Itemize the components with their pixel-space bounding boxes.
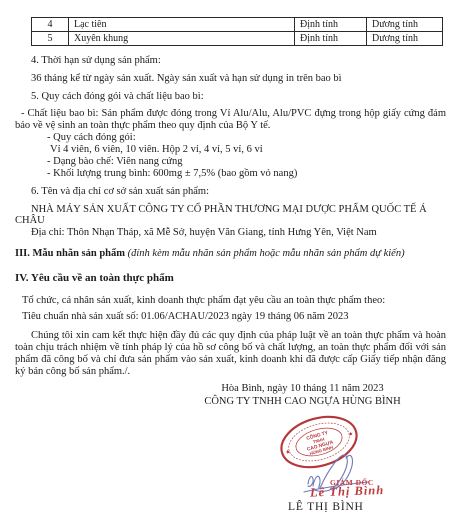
- stamp-star-right: ★: [348, 431, 354, 438]
- ingredient-name: Xuyên khung: [69, 32, 295, 46]
- factory-address: Địa chỉ: Thôn Nhạn Tháp, xã Mễ Sở, huyện…: [0, 227, 461, 239]
- section-4-title: 4. Thời hạn sử dụng sản phẩm:: [0, 55, 461, 67]
- section-3-heading-bold: III. Mẫu nhãn sản phẩm: [15, 248, 125, 259]
- test-method: Định tính: [295, 18, 367, 32]
- requirement-intro: Tổ chức, cá nhân sản xuất, kinh doanh th…: [0, 295, 461, 307]
- test-result: Dương tính: [367, 32, 443, 46]
- company-name-line: CÔNG TY TNHH CAO NGỰA HÙNG BÌNH: [170, 395, 435, 408]
- signer-name: LÊ THỊ BÌNH: [288, 501, 364, 513]
- test-results-table: 4 Lạc tiên Định tính Dương tính 5 Xuyên …: [31, 17, 443, 46]
- signed-name-script: Lê Thị Bình: [310, 482, 400, 500]
- factory-name: NHÀ MÁY SẢN XUẤT CÔNG TY CỔ PHẦN THƯƠNG …: [0, 204, 461, 227]
- shelf-life-text: 36 tháng kể từ ngày sản xuất. Ngày sản x…: [0, 73, 461, 85]
- table-row: 5 Xuyên khung Định tính Dương tính: [32, 32, 443, 46]
- row-number: 5: [32, 32, 69, 46]
- section-5-title: 5. Quy cách đóng gói và chất liệu bao bì…: [0, 91, 461, 103]
- section-6-title: 6. Tên và địa chỉ cơ sở sản xuất sản phẩ…: [0, 186, 461, 198]
- packing-spec-detail: Vỉ 4 viên, 6 viên, 10 viên. Hộp 2 vỉ, 4 …: [0, 144, 461, 156]
- average-weight-text: - Khối lượng trung bình: 600mg ± 7,5% (b…: [0, 168, 461, 180]
- document-body: 4. Thời hạn sử dụng sản phẩm: 36 tháng k…: [0, 48, 461, 378]
- section-3-heading: III. Mẫu nhãn sản phẩm (đính kèm mẫu nhã…: [0, 248, 461, 260]
- stamp-star-left: ★: [285, 449, 291, 456]
- document-page: 4 Lạc tiên Định tính Dương tính 5 Xuyên …: [0, 0, 461, 530]
- section-3-heading-note: (đính kèm mẫu nhãn sản phẩm hoặc mẫu nhã…: [125, 248, 405, 259]
- test-result: Dương tính: [367, 18, 443, 32]
- table-row: 4 Lạc tiên Định tính Dương tính: [32, 18, 443, 32]
- commitment-paragraph: Chúng tôi xin cam kết thực hiện đầy đủ c…: [0, 330, 461, 378]
- packaging-material-text: - Chất liệu bao bì: Sản phẩm được đóng t…: [0, 108, 461, 131]
- requirement-standard: Tiêu chuẩn nhà sản xuất số: 01.06/ACHAU/…: [0, 311, 461, 323]
- place-date-line: Hòa Bình, ngày 10 tháng 11 năm 2023: [170, 382, 435, 395]
- test-method: Định tính: [295, 32, 367, 46]
- row-number: 4: [32, 18, 69, 32]
- section-4-heading: IV. Yêu cầu về an toàn thực phẩm: [0, 273, 461, 285]
- dosage-form-text: - Dạng bào chế: Viên nang cứng: [0, 156, 461, 168]
- packing-spec-label: - Quy cách đóng gói:: [0, 132, 461, 144]
- signature-header: Hòa Bình, ngày 10 tháng 11 năm 2023 CÔNG…: [170, 382, 435, 408]
- ingredient-name: Lạc tiên: [69, 18, 295, 32]
